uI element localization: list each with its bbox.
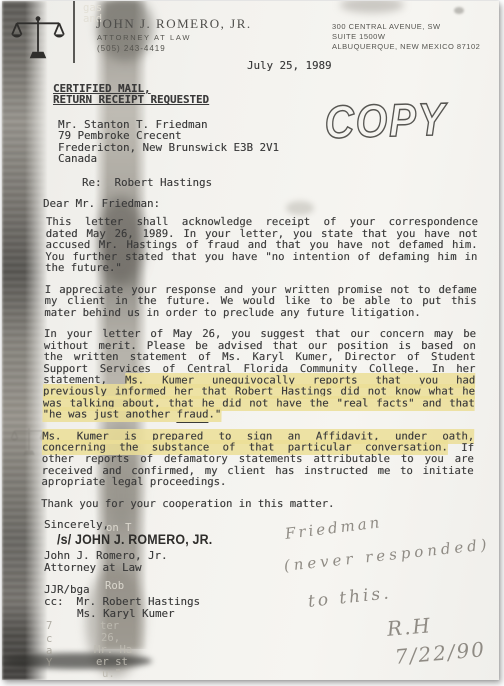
letter-date: July 25, 1989: [247, 59, 332, 72]
paragraph: Thank you for your cooperation in this m…: [41, 499, 473, 511]
scales-of-justice-icon: [10, 15, 66, 61]
recipient-address: Mr. Stanton T. Friedman 79 Pembroke Crec…: [58, 119, 279, 165]
bleed-through-text: c: [46, 633, 52, 645]
salutation: Dear Mr. Friedman:: [43, 197, 160, 210]
body-line: mater behind us in order to preclude any…: [44, 308, 476, 320]
body-line: the future.": [45, 263, 477, 275]
body-text: my client in the future. We would like t…: [44, 295, 476, 307]
highlighted-text: fraud: [176, 407, 208, 423]
body-line: "he was just another fraud.": [42, 410, 474, 422]
body-text: This letter shall acknowledge receipt of…: [46, 216, 478, 228]
attorney-phone: (505) 243-4419: [97, 44, 166, 53]
body-text: Thank you for your cooperation in this m…: [41, 498, 335, 510]
paragraph: This letter shall acknowledge receipt of…: [45, 217, 478, 275]
paragraph: I appreciate your response and your writ…: [44, 285, 477, 320]
scan-smudge-left-band: [2, 1, 48, 680]
body-line: Thank you for your cooperation in this m…: [41, 499, 473, 511]
body-text: I appreciate your response and your writ…: [45, 284, 477, 296]
scanned-letter-page: gas and on T Rob ter 26, Mr. Ha er st u.…: [0, 0, 504, 686]
mail-notice-line: RETURN RECEIPT REQUESTED: [53, 94, 209, 105]
body-text: apropriate legal proceedings.: [41, 476, 226, 488]
body-text: the written statement of Ms. Karyl Kumer…: [43, 351, 475, 363]
body-text: You further stated that you have "no int…: [45, 251, 477, 263]
body-line: apropriate legal proceedings.: [41, 477, 473, 489]
body-text: mater behind us in order to preclude any…: [44, 307, 421, 319]
handwritten-note-line: (never responded): [283, 535, 491, 575]
handwritten-date: 7/22/90: [394, 637, 487, 669]
bleed-through-text: Y: [46, 657, 52, 669]
body-text: received and confirmed, my client has in…: [41, 465, 473, 477]
highlighted-text: .": [208, 407, 221, 422]
highlighted-text: "he was just another: [42, 407, 176, 422]
closing-sincerely: Sincerely,: [44, 518, 109, 531]
bleed-through-text: er st: [96, 656, 128, 668]
scan-smudge: [454, 7, 464, 14]
bleed-through-text: u.": [102, 668, 121, 680]
letter-scan: gas and on T Rob ter 26, Mr. Ha er st u.…: [2, 1, 499, 680]
scan-smudge: [340, 1, 404, 13]
re-line: Re: Robert Hastings: [82, 176, 212, 189]
office-address: 300 CENTRAL AVENUE, SW SUITE 1500W ALBUQ…: [332, 22, 480, 52]
recipient-address-line: Canada: [58, 153, 279, 164]
bleed-through-text: Mr. Ha: [94, 644, 132, 656]
body-text: without merit. Please be advised that ou…: [44, 340, 476, 352]
letterhead-divider: [73, 1, 75, 63]
paragraph: Ms. Kumer is prepared to sign an Affidav…: [41, 431, 474, 489]
scan-smudge: [286, 201, 314, 215]
paragraph: In your letter of May 26, you suggest th…: [42, 329, 476, 421]
signature-line: /s/ JOHN J. ROMERO, JR.: [57, 532, 212, 547]
body-text: accused Mr. Hastings of fraud and that y…: [45, 239, 477, 251]
handwritten-note-line: to this.: [307, 583, 392, 612]
attorney-name: JOHN J. ROMERO, JR.: [96, 16, 252, 32]
office-address-line: SUITE 1500W: [332, 32, 480, 42]
signer-title: Attorney at Law: [44, 561, 142, 574]
bleed-through-text: Rob: [105, 580, 124, 592]
attorney-title: ATTORNEY AT LAW: [97, 33, 191, 42]
copy-stamp: COPY: [324, 92, 447, 149]
body-text: In your letter of May 26, you suggest th…: [44, 328, 476, 340]
bleed-through-text: 7: [46, 620, 52, 632]
bleed-through-text: a: [46, 645, 52, 657]
office-address-line: 300 CENTRAL AVENUE, SW: [332, 22, 480, 32]
bleed-through-text: ter: [100, 620, 119, 632]
mail-notice: CERTIFIED MAIL, RETURN RECEIPT REQUESTED: [53, 83, 209, 106]
handwritten-initials: R.H: [386, 613, 433, 641]
bleed-through-text: 26,: [101, 632, 120, 644]
body-text: the future.": [45, 262, 122, 274]
body-text: dated May 26, 1989. In your letter, you …: [46, 228, 478, 240]
cc-line: Ms. Karyl Kumer: [77, 607, 175, 620]
letter-body: This letter shall acknowledge receipt of…: [41, 217, 478, 520]
body-text: other reports of defamatory statements a…: [42, 453, 474, 465]
body-text: If: [448, 442, 474, 454]
office-address-line: ALBUQUERQUE, NEW MEXICO 87102: [332, 42, 480, 52]
